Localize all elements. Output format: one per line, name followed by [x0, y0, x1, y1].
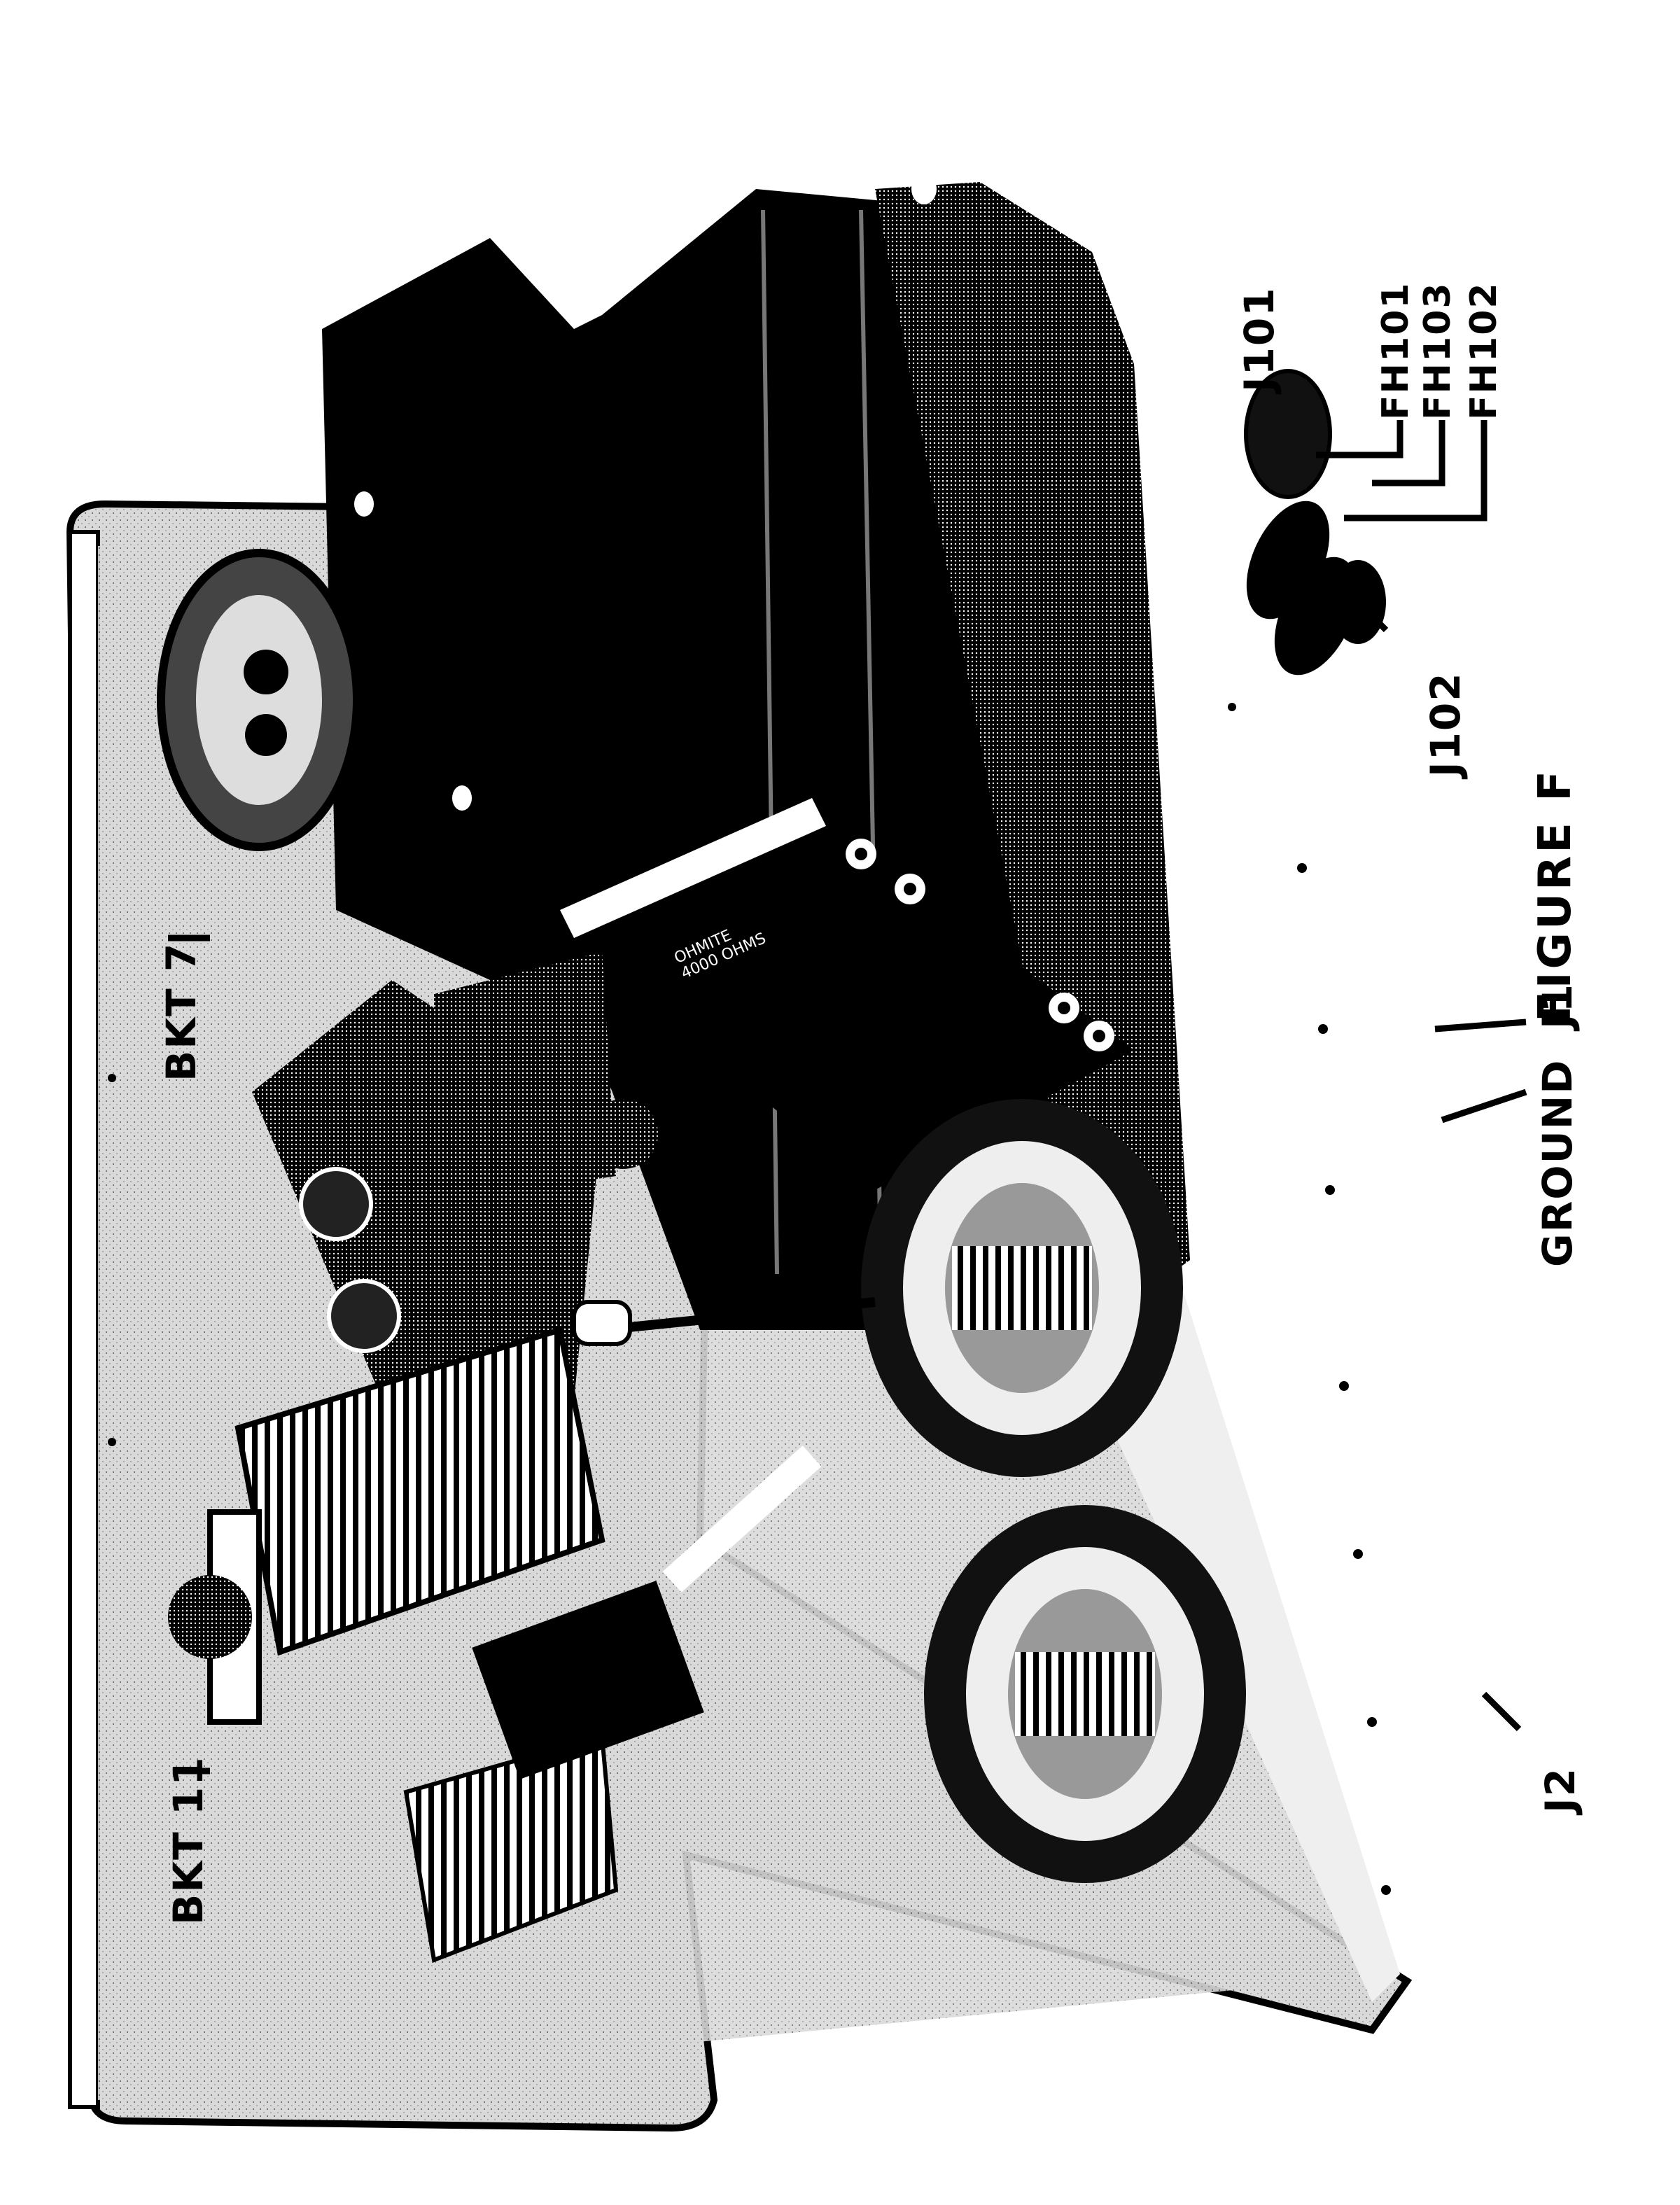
label-bkt11: BKT 11 — [168, 1756, 209, 1925]
label-fh101: FH101 — [1378, 281, 1414, 420]
label-j101: J101 — [1239, 286, 1280, 392]
label-j102: J102 — [1425, 671, 1466, 777]
meter — [161, 553, 357, 847]
label-fh102: FH102 — [1466, 281, 1502, 420]
label-j2: J2 — [1540, 1767, 1581, 1813]
label-j1: J1 — [1537, 983, 1578, 1029]
label-bkt7: BKT 7 — [161, 942, 202, 1081]
connector-cluster — [1230, 371, 1386, 688]
label-ground: GROUND — [1537, 1059, 1578, 1267]
label-fh103: FH103 — [1420, 281, 1456, 420]
